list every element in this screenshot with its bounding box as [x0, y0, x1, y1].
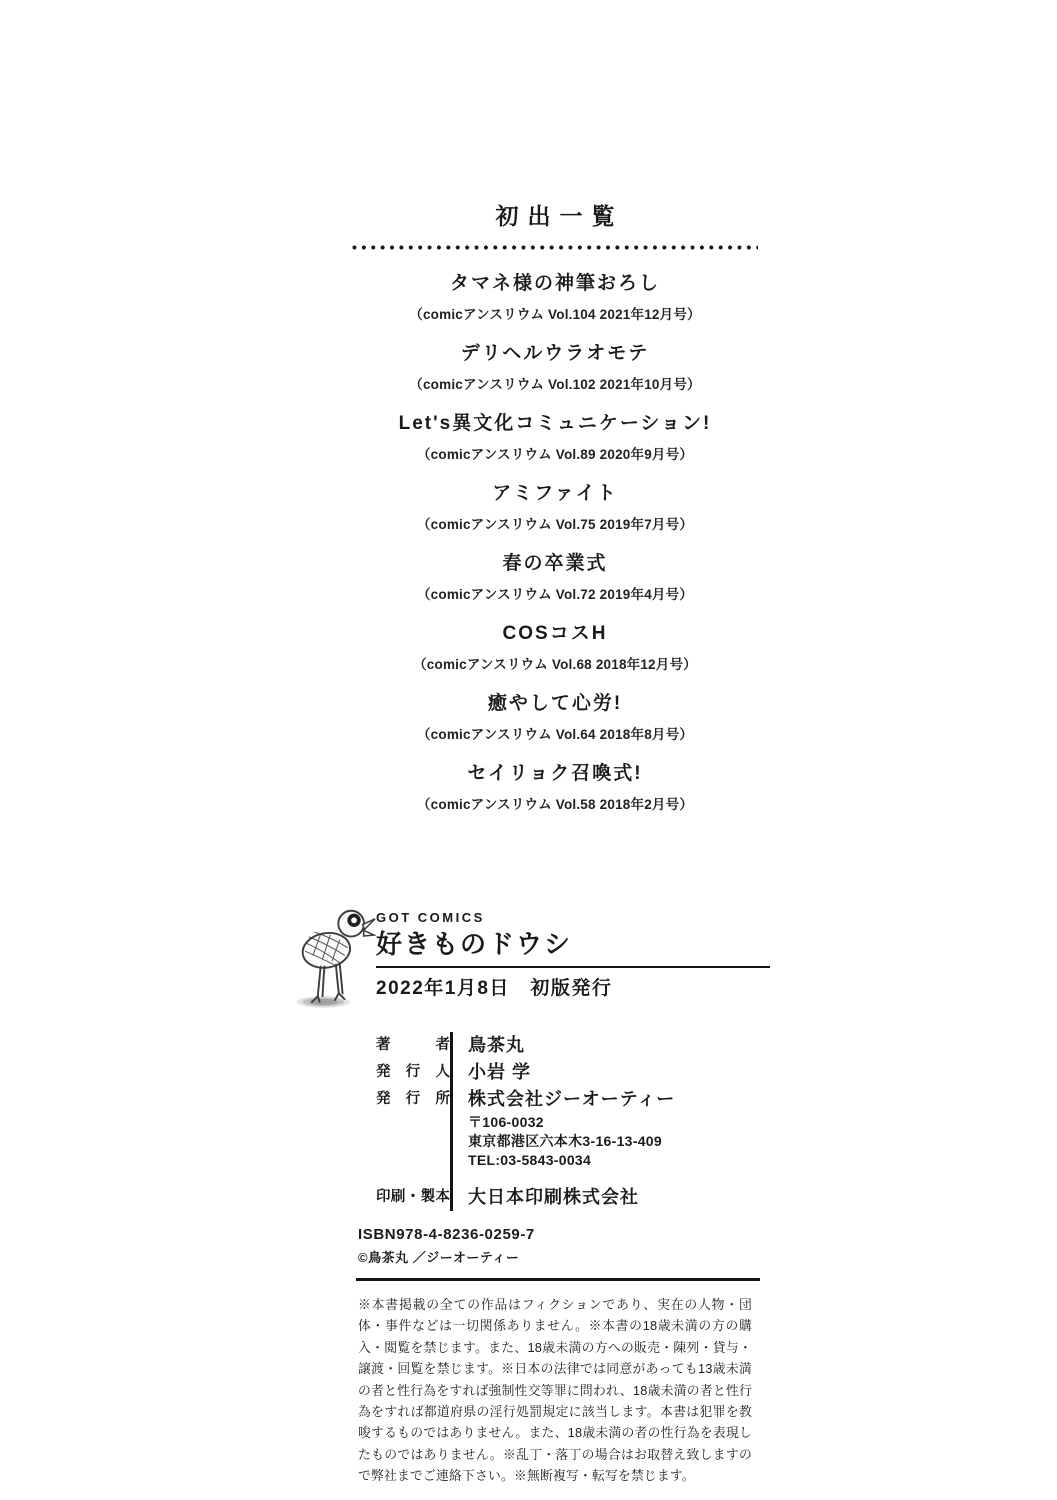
- book-title: 好きものドウシ: [376, 929, 770, 959]
- credit-row-publisher-company: 発 行 所 株式会社ジーオーティー: [376, 1086, 770, 1113]
- credit-label: 著 者: [376, 1032, 450, 1059]
- page-title: 初出一覧: [352, 203, 758, 229]
- credit-value: 株式会社ジーオーティー: [450, 1086, 770, 1113]
- entry-source: （comicアンスリウム Vol.72 2019年4月号）: [352, 585, 758, 604]
- list-item: 癒やして心労! （comicアンスリウム Vol.64 2018年8月号）: [352, 692, 758, 744]
- phone-number: TEL:03-5843-0034: [450, 1151, 770, 1184]
- list-item: タマネ様の神筆おろし （comicアンスリウム Vol.104 2021年12月…: [352, 272, 758, 324]
- address-row: 東京都港区六本木3-16-13-409: [376, 1132, 770, 1151]
- credit-row-printer: 印刷・製本 大日本印刷株式会社: [376, 1184, 770, 1211]
- publisher-logo-row: GOT COMICS 好きものドウシ 2022年1月8日 初版発行: [292, 902, 770, 1004]
- postal-code: 〒106-0032: [450, 1113, 770, 1132]
- entry-title: 春の卒業式: [352, 552, 758, 576]
- entry-source: （comicアンスリウム Vol.58 2018年2月号）: [352, 795, 758, 814]
- isbn-number: ISBN978-4-8236-0259-7: [358, 1225, 770, 1244]
- credit-row-author: 著 者 鳥茶丸: [376, 1032, 770, 1059]
- entry-title: セイリョク召喚式!: [352, 762, 758, 786]
- edition-date: 2022年1月8日 初版発行: [376, 977, 770, 1001]
- legal-disclaimer: ※本書掲載の全ての作品はフィクションであり、実在の人物・団体・事件などは一切関係…: [358, 1294, 752, 1487]
- list-item: セイリョク召喚式! （comicアンスリウム Vol.58 2018年2月号）: [352, 762, 758, 814]
- street-address: 東京都港区六本木3-16-13-409: [450, 1132, 770, 1151]
- copyright-notice: ©鳥茶丸 ／ジーオーティー: [358, 1249, 770, 1266]
- entry-title: COSコスH: [352, 622, 758, 646]
- credits-table: 著 者 鳥茶丸 発 行 人 小岩 学 発 行 所 株式会社ジーオーティー 〒10…: [376, 1032, 770, 1211]
- credit-label: 印刷・製本: [376, 1184, 450, 1211]
- entry-source: （comicアンスリウム Vol.75 2019年7月号）: [352, 515, 758, 534]
- entry-source: （comicアンスリウム Vol.102 2021年10月号）: [352, 375, 758, 394]
- legal-divider: [356, 1278, 760, 1281]
- credit-label: 発 行 人: [376, 1059, 450, 1086]
- entry-title: Let's異文化コミュニケーション!: [352, 412, 758, 436]
- entry-title: アミファイト: [352, 482, 758, 506]
- list-item: COSコスH （comicアンスリウム Vol.68 2018年12月号）: [352, 622, 758, 674]
- entry-source: （comicアンスリウム Vol.104 2021年12月号）: [352, 305, 758, 324]
- list-item: Let's異文化コミュニケーション! （comicアンスリウム Vol.89 2…: [352, 412, 758, 464]
- address-row: 〒106-0032: [376, 1113, 770, 1132]
- colophon-block: GOT COMICS 好きものドウシ 2022年1月8日 初版発行 著 者 鳥茶…: [292, 902, 770, 1487]
- imprint-label: GOT COMICS: [376, 910, 770, 926]
- book-title-block: GOT COMICS 好きものドウシ 2022年1月8日 初版発行: [376, 902, 770, 1001]
- isbn-block: ISBN978-4-8236-0259-7 ©鳥茶丸 ／ジーオーティー: [358, 1225, 770, 1266]
- colophon-page: 初出一覧 タマネ様の神筆おろし （comicアンスリウム Vol.104 202…: [0, 0, 1057, 1500]
- credit-value: 小岩 学: [450, 1059, 770, 1086]
- entry-source: （comicアンスリウム Vol.89 2020年9月号）: [352, 445, 758, 464]
- entry-title: 癒やして心労!: [352, 692, 758, 716]
- entry-title: タマネ様の神筆おろし: [352, 272, 758, 296]
- credit-row-publisher-person: 発 行 人 小岩 学: [376, 1059, 770, 1086]
- credit-value: 大日本印刷株式会社: [450, 1184, 770, 1211]
- list-item: アミファイト （comicアンスリウム Vol.75 2019年7月号）: [352, 482, 758, 534]
- dotted-divider: [352, 245, 758, 250]
- title-divider: [376, 966, 770, 968]
- bird-doodle-icon: [292, 904, 376, 1012]
- entry-title: デリヘルウラオモテ: [352, 342, 758, 366]
- list-item: 春の卒業式 （comicアンスリウム Vol.72 2019年4月号）: [352, 552, 758, 604]
- entry-source: （comicアンスリウム Vol.64 2018年8月号）: [352, 725, 758, 744]
- first-publication-list: 初出一覧 タマネ様の神筆おろし （comicアンスリウム Vol.104 202…: [352, 188, 758, 832]
- credit-label: 発 行 所: [376, 1086, 450, 1113]
- list-item: デリヘルウラオモテ （comicアンスリウム Vol.102 2021年10月号…: [352, 342, 758, 394]
- entry-source: （comicアンスリウム Vol.68 2018年12月号）: [352, 655, 758, 674]
- entry-list: タマネ様の神筆おろし （comicアンスリウム Vol.104 2021年12月…: [352, 272, 758, 814]
- credit-value: 鳥茶丸: [450, 1032, 770, 1059]
- address-row: TEL:03-5843-0034: [376, 1151, 770, 1184]
